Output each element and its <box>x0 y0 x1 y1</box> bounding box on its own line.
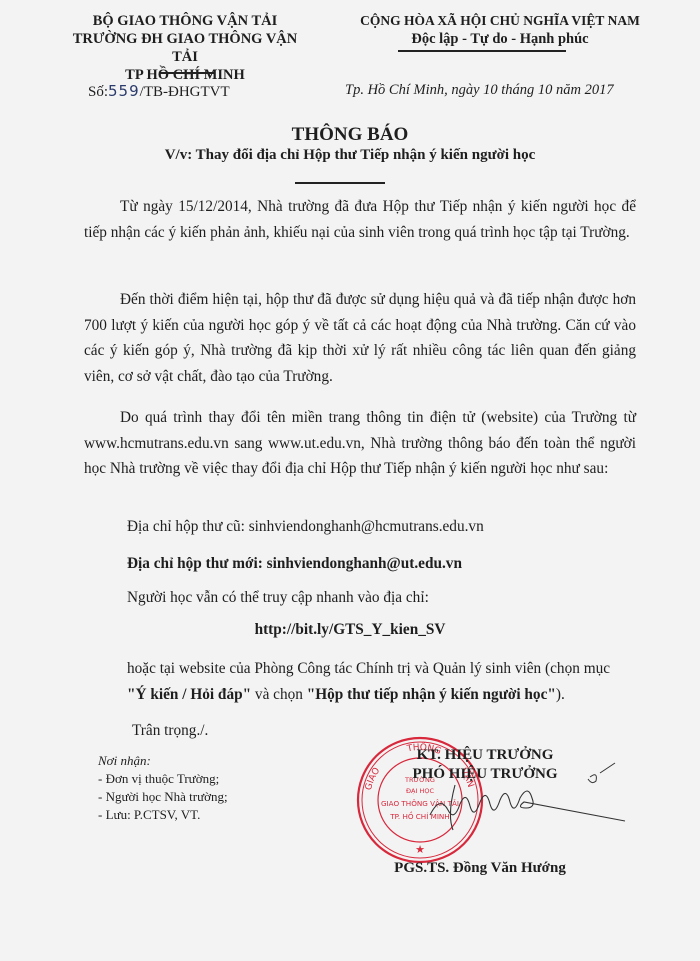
university-name: TRƯỜNG ĐH GIAO THÔNG VẬN TẢI <box>60 30 310 66</box>
website-note-part1: hoặc tại website của Phòng Công tác Chín… <box>127 660 610 677</box>
ministry-name: BỘ GIAO THÔNG VẬN TẢI <box>60 12 310 30</box>
recipient-item: - Đơn vị thuộc Trường; <box>98 770 228 788</box>
doc-number-handwritten: 559 <box>108 82 140 100</box>
document-title: THÔNG BÁO <box>0 124 700 146</box>
closing-phrase: Trân trọng./. <box>132 722 208 740</box>
national-header: CỘNG HÒA XÃ HỘI CHỦ NGHĨA VIỆT NAM Độc l… <box>335 12 665 48</box>
national-motto: Độc lập - Tự do - Hạnh phúc <box>411 30 588 48</box>
paragraph-3: Do quá trình thay đổi tên miền trang thô… <box>84 405 636 482</box>
recipient-item: - Lưu: P.CTSV, VT. <box>98 806 228 824</box>
document-number: Số:559/TB-ĐHGTVT <box>88 82 230 101</box>
new-mailbox-address: Địa chỉ hộp thư mới: sinhviendonghanh@ut… <box>127 555 462 573</box>
document-subject: V/v: Thay đổi địa chỉ Hộp thư Tiếp nhận … <box>0 147 700 164</box>
menu-name-mailbox: "Hộp thư tiếp nhận ý kiến người học" <box>307 686 556 703</box>
handwritten-signature <box>400 755 640 845</box>
title-divider <box>295 182 385 184</box>
quick-access-note: Người học vẫn có thể truy cập nhanh vào … <box>127 589 429 607</box>
website-note-end: ). <box>556 686 565 703</box>
website-note-mid: và chọn <box>251 686 307 703</box>
doc-number-prefix: Số: <box>88 84 108 100</box>
menu-name-feedback: "Ý kiến / Hỏi đáp" <box>127 686 251 703</box>
recipient-item: - Người học Nhà trường; <box>98 788 228 806</box>
paragraph-2: Đến thời điểm hiện tại, hộp thư đã được … <box>84 287 636 389</box>
paragraph-1: Từ ngày 15/12/2014, Nhà trường đã đưa Hộ… <box>84 194 636 245</box>
paragraph-1-text: Từ ngày 15/12/2014, Nhà trường đã đưa Hộ… <box>84 194 636 245</box>
old-mailbox-address: Địa chỉ hộp thư cũ: sinhviendonghanh@hcm… <box>127 518 484 536</box>
website-note: hoặc tại website của Phòng Công tác Chín… <box>127 656 637 708</box>
header-divider-left <box>160 72 215 74</box>
recipients-block: Nơi nhận: - Đơn vị thuộc Trường; - Người… <box>98 752 228 824</box>
signatory-name: PGS.TS. Đồng Văn Hướng <box>365 860 595 877</box>
paragraph-3-text: Do quá trình thay đổi tên miền trang thô… <box>84 405 636 482</box>
doc-number-suffix: /TB-ĐHGTVT <box>140 84 230 100</box>
country-name: CỘNG HÒA XÃ HỘI CHỦ NGHĨA VIỆT NAM <box>335 12 665 30</box>
header-divider-right <box>398 50 566 52</box>
short-link[interactable]: http://bit.ly/GTS_Y_kien_SV <box>0 621 700 639</box>
recipients-heading: Nơi nhận: <box>98 752 228 770</box>
issue-date: Tp. Hồ Chí Minh, ngày 10 tháng 10 năm 20… <box>345 82 614 99</box>
paragraph-2-text: Đến thời điểm hiện tại, hộp thư đã được … <box>84 287 636 389</box>
